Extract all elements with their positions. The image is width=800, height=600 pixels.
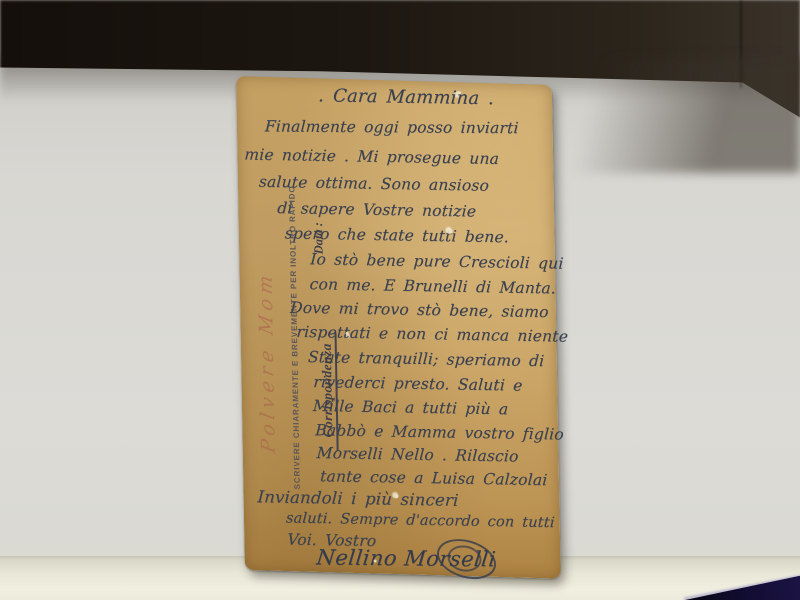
handwritten-line: rispettati e non ci manca niente bbox=[296, 323, 569, 346]
handwritten-line: Babbò e Mamma vostro figlio bbox=[315, 421, 565, 443]
damage-speck bbox=[457, 91, 461, 94]
red-pencil-annotation: Polvere Mom bbox=[254, 269, 279, 455]
handwritten-line: Inviandoli i più sinceri bbox=[257, 487, 459, 509]
photo-scene: SCRIVERE CHIARAMENTE E BREVEMENTE PER IN… bbox=[0, 0, 800, 600]
handwritten-line: mie notizie . Mi prosegue una bbox=[244, 146, 500, 168]
handwritten-line: di sapere Vostre notizie bbox=[277, 199, 477, 220]
damage-speck bbox=[394, 494, 398, 498]
handwritten-line: saluti. Sempre d'accordo con tutti bbox=[285, 510, 555, 531]
handwritten-line: State tranquilli; speriamo di bbox=[307, 348, 544, 370]
handwritten-line: rivederci presto. Saluti e bbox=[313, 373, 523, 395]
handwritten-line: Mille Baci a tutti più a bbox=[312, 397, 509, 418]
damage-speck bbox=[346, 332, 349, 335]
handwritten-line: Morselli Nello . Rilascio bbox=[316, 444, 519, 466]
handwritten-line: . Cara Mammina . bbox=[318, 85, 495, 109]
postcard: SCRIVERE CHIARAMENTE E BREVEMENTE PER IN… bbox=[236, 76, 561, 579]
handwritten-line: con me. E Brunelli di Manta. bbox=[309, 275, 556, 297]
handwritten-line: Io stò bene pure Crescioli qui bbox=[310, 250, 564, 272]
handwritten-line: Dove mi trovo stò bene, siamo bbox=[290, 299, 550, 322]
handwritten-line: Finalmente oggi posso inviarti bbox=[264, 117, 519, 137]
handwritten-line: tante cose a Luisa Calzolai bbox=[320, 467, 548, 489]
damage-speck bbox=[447, 229, 453, 234]
damage-speck bbox=[374, 559, 377, 562]
